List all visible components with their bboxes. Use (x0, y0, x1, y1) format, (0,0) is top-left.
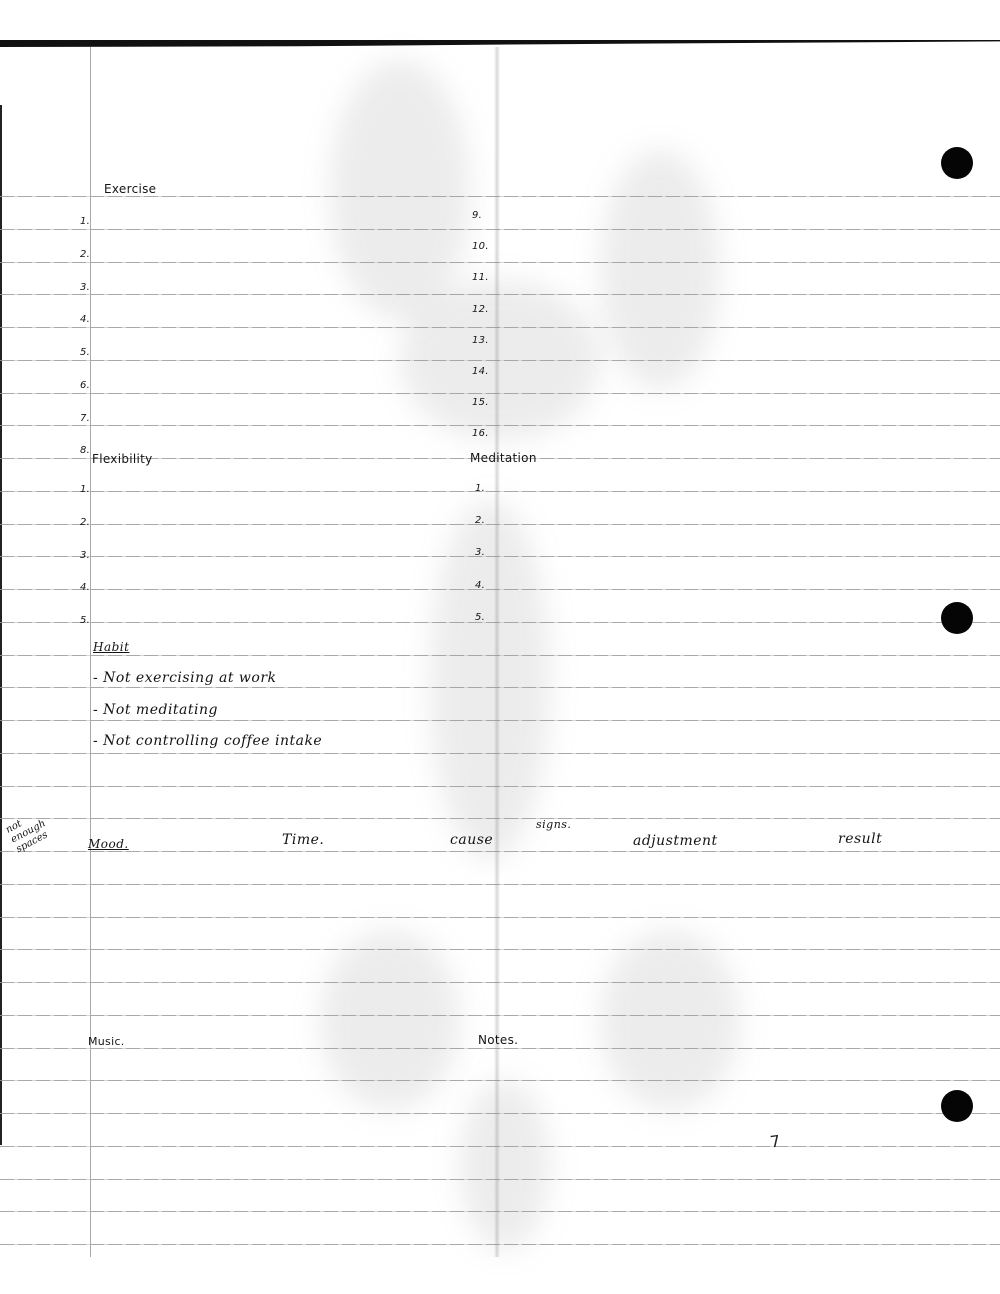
ruled-line (0, 622, 1000, 623)
ruled-line (0, 327, 1000, 328)
ruled-line (0, 524, 1000, 525)
ruled-line (0, 1113, 1000, 1114)
ruled-line (0, 1080, 1000, 1081)
list-number: 4. (475, 580, 485, 591)
ruled-line (0, 1048, 1000, 1049)
habit-item: - Not controlling coffee intake (93, 733, 322, 749)
notes-title: Notes. (478, 1033, 518, 1047)
ruled-line (0, 294, 1000, 295)
ruled-line (0, 229, 1000, 230)
margin-line (90, 47, 91, 1257)
habit-title: Habit (93, 640, 129, 654)
list-number: 2. (475, 515, 485, 526)
list-number: 14. (472, 366, 489, 377)
list-number: 1. (80, 484, 90, 495)
ruled-line (0, 687, 1000, 688)
crease-smudge (460, 1080, 550, 1250)
scan-top-edge (0, 40, 1000, 47)
list-number: 5. (475, 612, 485, 623)
mood-col-time: Time. (282, 832, 324, 848)
meditation-title: Meditation (470, 451, 537, 465)
list-number: 3. (80, 282, 90, 293)
punch-hole (941, 602, 973, 634)
center-fold (494, 47, 500, 1257)
mood-col-adjustment: adjustment (633, 833, 718, 849)
punch-hole (941, 147, 973, 179)
ruled-line (0, 196, 1000, 197)
list-number: 12. (472, 304, 489, 315)
ruled-line (0, 917, 1000, 918)
list-number: 8. (80, 445, 90, 456)
mood-title: Mood. (88, 837, 129, 851)
ruled-line (0, 655, 1000, 656)
ruled-line (0, 851, 1000, 852)
ruled-line (0, 1015, 1000, 1016)
ruled-line (0, 949, 1000, 950)
crease-smudge (600, 150, 720, 390)
ruled-line (0, 786, 1000, 787)
list-number: 3. (475, 547, 485, 558)
ruled-line (0, 753, 1000, 754)
ruled-line (0, 556, 1000, 557)
ruled-line (0, 425, 1000, 426)
ruled-line (0, 818, 1000, 819)
mood-col-cause: cause (450, 832, 493, 848)
list-number: 1. (80, 216, 90, 227)
ruled-line (0, 1244, 1000, 1245)
list-number: 13. (472, 335, 489, 346)
ruled-line (0, 360, 1000, 361)
ruled-line (0, 1179, 1000, 1180)
ruled-line (0, 393, 1000, 394)
ruled-line (0, 1211, 1000, 1212)
list-number: 4. (80, 314, 90, 325)
exercise-title: Exercise (104, 182, 156, 196)
crease-smudge (430, 500, 550, 860)
list-number: 5. (80, 347, 90, 358)
list-number: 5. (80, 615, 90, 626)
mood-col-signs: signs. (536, 818, 571, 831)
list-number: 10. (472, 241, 489, 252)
music-title: Music. (88, 1035, 125, 1048)
crease-smudge (330, 60, 470, 320)
punch-hole (941, 1090, 973, 1122)
ruled-line (0, 262, 1000, 263)
ruled-line (0, 982, 1000, 983)
ruled-line (0, 1146, 1000, 1147)
ruled-line (0, 491, 1000, 492)
crease-smudge (600, 930, 740, 1110)
crease-smudge (320, 930, 460, 1110)
habit-item: - Not exercising at work (93, 670, 277, 686)
list-number: 11. (472, 272, 489, 283)
list-number: 2. (80, 249, 90, 260)
list-number: 6. (80, 380, 90, 391)
list-number: 2. (80, 517, 90, 528)
ruled-line (0, 589, 1000, 590)
habit-item: - Not meditating (93, 702, 218, 718)
list-number: 3. (80, 550, 90, 561)
ruled-line (0, 884, 1000, 885)
list-number: 9. (472, 210, 482, 221)
flexibility-title: Flexibility (92, 452, 153, 466)
list-number: 1. (475, 483, 485, 494)
list-number: 7. (80, 413, 90, 424)
ruled-line (0, 720, 1000, 721)
list-number: 4. (80, 582, 90, 593)
mood-col-result: result (838, 831, 882, 847)
list-number: 15. (472, 397, 489, 408)
list-number: 16. (472, 428, 489, 439)
